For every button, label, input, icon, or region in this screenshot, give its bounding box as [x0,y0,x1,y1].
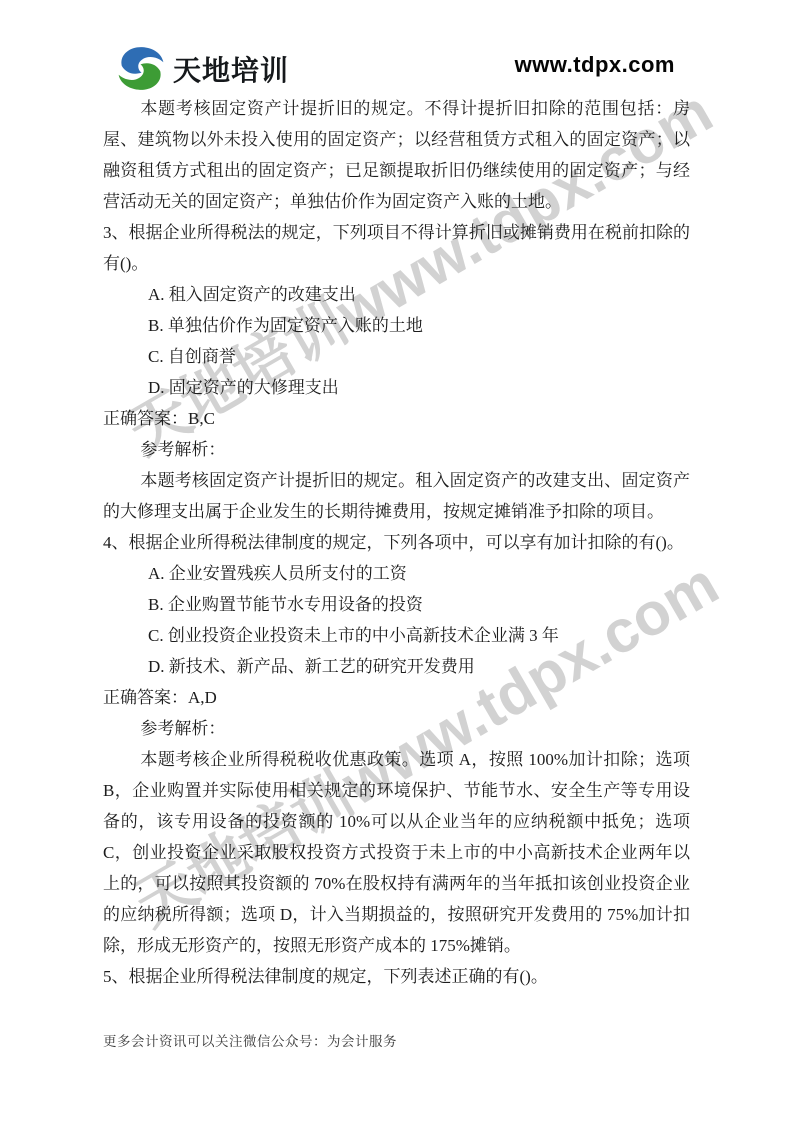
question-3-option-c: C. 自创商誉 [103,341,690,372]
question-3-answer-value: B,C [188,409,215,428]
answer-label: 正确答案： [103,409,188,428]
logo-company-name: 天地培训 [173,49,289,89]
question-4-option-d: D. 新技术、新产品、新工艺的研究开发费用 [103,651,690,682]
question-5-stem: 5、根据企业所得税法律制度的规定，下列表述正确的有()。 [103,961,690,992]
question-3-stem: 3、根据企业所得税法的规定，下列项目不得计算折旧或摊销费用在税前扣除的有()。 [103,217,690,279]
question-4-option-c: C. 创业投资企业投资未上市的中小高新技术企业满 3 年 [103,620,690,651]
analysis-label: 参考解析： [103,713,690,744]
leading-analysis-paragraph: 本题考核固定资产计提折旧的规定。不得计提折旧扣除的范围包括：房屋、建筑物以外未投… [103,93,690,217]
footer-note: 更多会计资讯可以关注微信公众号：为会计服务 [103,1030,397,1050]
question-3-option-d: D. 固定资产的大修理支出 [103,372,690,403]
site-url-text: www.tdpx.com [515,52,675,78]
question-3-option-b: B. 单独估价作为固定资产入账的土地 [103,310,690,341]
question-4-option-b: B. 企业购置节能节水专用设备的投资 [103,589,690,620]
question-4-stem: 4、根据企业所得税法律制度的规定，下列各项中，可以享有加计扣除的有()。 [103,527,690,558]
question-3-answer-line: 正确答案：B,C [103,403,690,434]
answer-label: 正确答案： [103,688,188,707]
question-4-option-a: A. 企业安置残疾人员所支付的工资 [103,558,690,589]
document-body: 本题考核固定资产计提折旧的规定。不得计提折旧扣除的范围包括：房屋、建筑物以外未投… [103,93,690,992]
question-3-option-a: A. 租入固定资产的改建支出 [103,279,690,310]
question-3-analysis-paragraph: 本题考核固定资产计提折旧的规定。租入固定资产的改建支出、固定资产的大修理支出属于… [103,465,690,527]
analysis-label: 参考解析： [103,434,690,465]
question-4-answer-value: A,D [188,688,217,707]
question-4-analysis-paragraph: 本题考核企业所得税税收优惠政策。选项 A，按照 100%加计扣除；选项 B，企业… [103,744,690,961]
company-logo: 天地培训 [115,45,289,92]
page-header: 天地培训 www.tdpx.com [0,0,793,100]
question-4-answer-line: 正确答案：A,D [103,682,690,713]
swirl-logo-icon [115,45,167,92]
